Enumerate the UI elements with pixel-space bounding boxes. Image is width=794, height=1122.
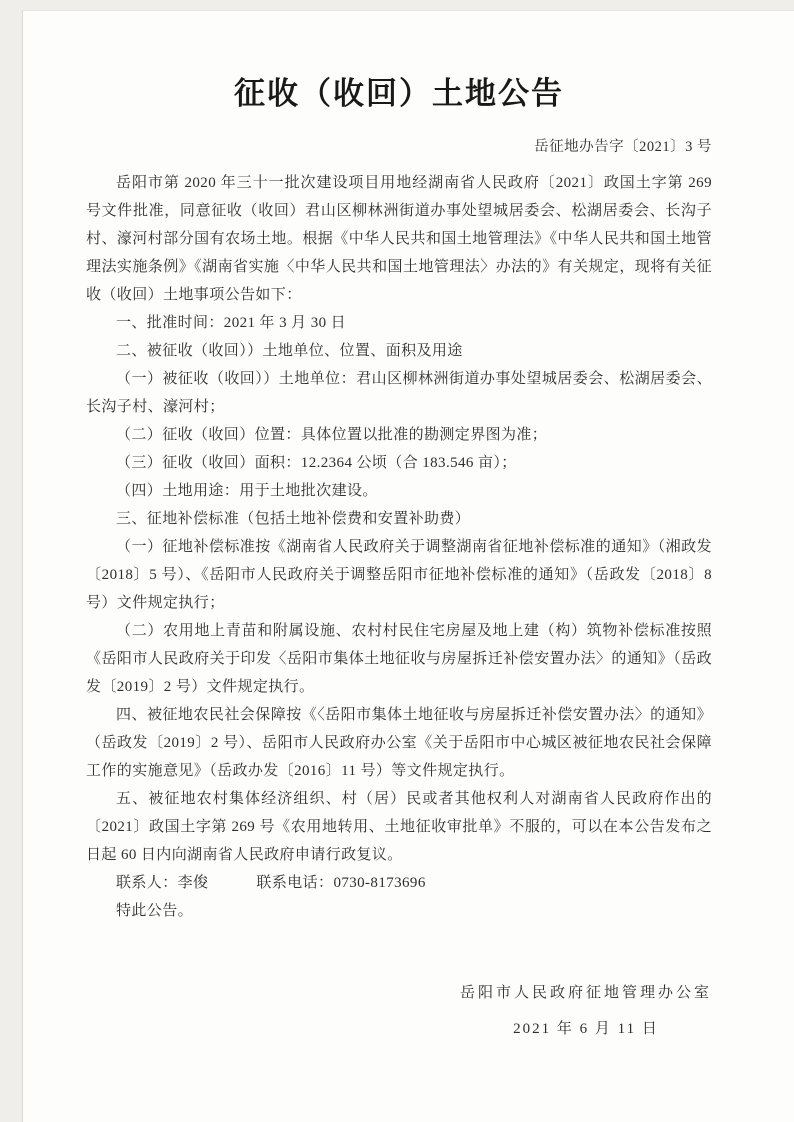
- contact-person-label: 联系人：: [116, 875, 178, 891]
- paragraph-land-units: （一）被征收（收回））土地单位：君山区柳林洲街道办事处望城居委会、松湖居委会、长…: [86, 365, 712, 421]
- paragraph-social-security: 四、被征地农民社会保障按《〈岳阳市集体土地征收与房屋拆迁补偿安置办法〉的通知》（…: [86, 701, 712, 785]
- page-title: 征收（收回）土地公告: [86, 71, 712, 117]
- closing-statement: 特此公告。: [86, 897, 712, 925]
- paragraph-location: （二）征收（收回）位置：具体位置以批准的勘测定界图为准；: [86, 421, 712, 449]
- notice-body: 岳阳市第 2020 年三十一批次建设项目用地经湖南省人民政府〔2021〕政国土字…: [86, 169, 712, 925]
- contact-person: 李俊: [178, 875, 209, 891]
- contact-phone: 0730-8173696: [333, 875, 425, 891]
- signature-block: 岳阳市人民政府征地管理办公室 2021 年 6 月 11 日: [86, 975, 712, 1047]
- signature-inner: 岳阳市人民政府征地管理办公室 2021 年 6 月 11 日: [460, 975, 712, 1047]
- doc-number: 岳征地办告字〔2021〕3 号: [86, 133, 712, 161]
- signature-org: 岳阳市人民政府征地管理办公室: [460, 975, 712, 1011]
- contact-line: 联系人：李俊联系电话：0730-8173696: [86, 869, 712, 897]
- paragraph-appeal-rights: 五、被征地农村集体经济组织、村（居）民或者其他权利人对湖南省人民政府作出的〔20…: [86, 785, 712, 869]
- document-page: 征收（收回）土地公告 岳征地办告字〔2021〕3 号 岳阳市第 2020 年三十…: [22, 10, 794, 1122]
- contact-phone-label: 联系电话：: [256, 875, 333, 891]
- paragraph-section-3: 三、征地补偿标准（包括土地补偿费和安置补助费）: [86, 505, 712, 533]
- paragraph-approval-time: 一、批准时间：2021 年 3 月 30 日: [86, 309, 712, 337]
- paragraph-intro: 岳阳市第 2020 年三十一批次建设项目用地经湖南省人民政府〔2021〕政国土字…: [86, 169, 712, 309]
- signature-date: 2021 年 6 月 11 日: [460, 1011, 712, 1047]
- paragraph-section-2: 二、被征收（收回））土地单位、位置、面积及用途: [86, 337, 712, 365]
- paragraph-compensation-standard: （一）征地补偿标准按《湖南省人民政府关于调整湖南省征地补偿标准的通知》（湘政发〔…: [86, 533, 712, 617]
- paragraph-land-use: （四）土地用途：用于土地批次建设。: [86, 477, 712, 505]
- paragraph-area: （三）征收（收回）面积：12.2364 公顷（合 183.546 亩）；: [86, 449, 712, 477]
- paragraph-attachments-compensation: （二）农用地上青苗和附属设施、农村村民住宅房屋及地上建（构）筑物补偿标准按照《岳…: [86, 617, 712, 701]
